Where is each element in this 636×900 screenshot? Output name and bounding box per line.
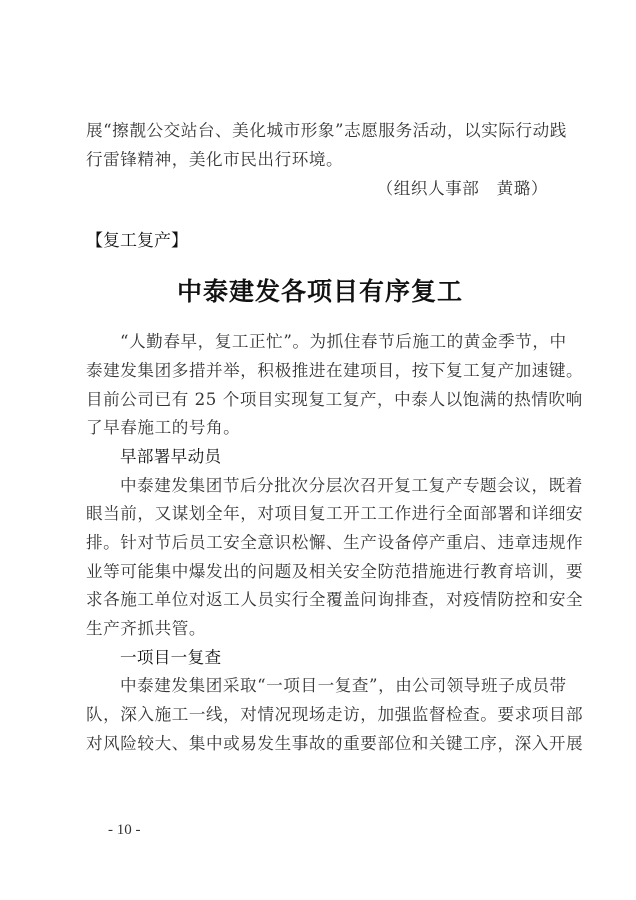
section-heading-2: 一项目一复查 [86, 648, 554, 668]
intro-line-1: “人勤春早，复工正忙”。为抓住春节后施工的黄金季节，中 [86, 332, 554, 352]
page-number: - 10 - [108, 822, 141, 839]
intro-line-2: 泰建发集团多措并举，积极推进在建项目，按下复工复产加速键。 [86, 361, 554, 381]
section-1-line-2: 眼当前，又谋划全年，对项目复工开工工作进行全面部署和详细安 [86, 504, 554, 524]
section-1-line-1: 中泰建发集团节后分批次分层次召开复工复产专题会议，既着 [86, 476, 554, 496]
section-1-line-6: 生产齐抓共管。 [86, 619, 554, 639]
prev-article-line-1: 展“擦靓公交站台、美化城市形象”志愿服务活动，以实际行动践 [86, 121, 554, 141]
prev-article-byline: （组织人事部 黄璐） [86, 179, 554, 199]
section-tag: 【复工复产】 [86, 231, 554, 251]
prev-article-line-2: 行雷锋精神，美化市民出行环境。 [86, 150, 554, 170]
section-2-line-1: 中泰建发集团采取“一项目一复查”，由公司领导班子成员带 [86, 676, 554, 696]
intro-line-3: 目前公司已有 25 个项目实现复工复产，中泰人以饱满的热情吹响 [86, 390, 554, 410]
section-1-line-3: 排。针对节后员工安全意识松懈、生产设备停产重启、违章违规作 [86, 533, 554, 553]
section-2-line-2: 队，深入施工一线，对情况现场走访，加强监督检查。要求项目部 [86, 705, 554, 725]
article-title: 中泰建发各项目有序复工 [86, 278, 554, 306]
section-heading-1: 早部署早动员 [86, 447, 554, 467]
section-2-line-3: 对风险较大、集中或易发生事故的重要部位和关键工序，深入开展 [86, 734, 554, 754]
section-1-line-4: 业等可能集中爆发出的问题及相关安全防范措施进行教育培训，要 [86, 562, 554, 582]
section-1-line-5: 求各施工单位对返工人员实行全覆盖问询排查，对疫情防控和安全 [86, 590, 554, 610]
intro-line-4: 了早春施工的号角。 [86, 418, 554, 438]
